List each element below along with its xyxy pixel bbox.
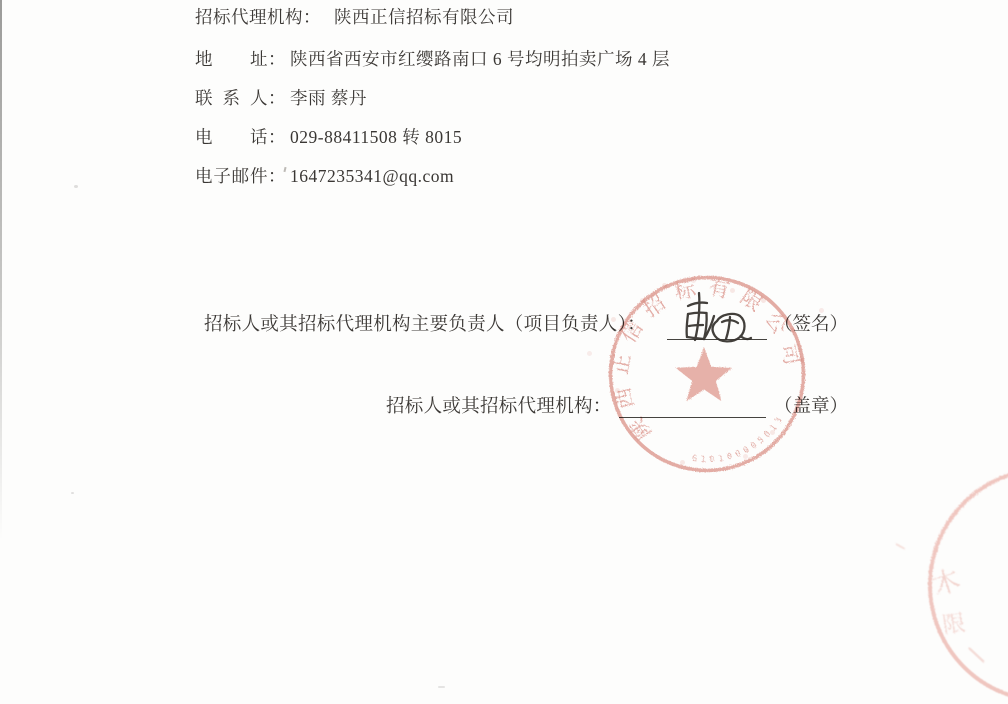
partial-seal-mark	[969, 648, 984, 662]
partial-seal-stamp: 木 限	[860, 460, 1008, 704]
scan-speck	[438, 686, 445, 688]
info-row-contact: 联系人：李雨 蔡丹	[195, 87, 367, 109]
scan-edge-artifact	[0, 0, 2, 540]
seal-code-digits: 610100005013	[691, 413, 787, 465]
label-colon: ：	[268, 88, 286, 108]
agency-line-label: 招标人或其招标代理机构：	[386, 395, 612, 419]
info-row-email: 电子邮件：1647235341@qq.com	[195, 165, 454, 187]
label-colon: ：	[268, 166, 286, 186]
info-label: 招标代理机构	[195, 6, 303, 28]
scan-speck	[74, 185, 78, 188]
handwritten-signature	[650, 280, 770, 360]
scanned-document-page: 招标代理机构：陕西正信招标有限公司 地址：陕西省西安市红缨路南口 6 号均明拍卖…	[0, 0, 1008, 704]
info-value: 陕西正信招标有限公司	[334, 7, 514, 27]
label-colon: ：	[303, 7, 321, 27]
info-row-address: 地址：陕西省西安市红缨路南口 6 号均明拍卖广场 4 层	[195, 48, 670, 70]
label-colon: ：	[268, 49, 286, 69]
info-value: 1647235341@qq.com	[290, 166, 454, 186]
partial-seal-glyph: 木	[929, 564, 964, 601]
partial-seal-mark	[896, 544, 905, 549]
stamp-ink-flecks	[0, 0, 3, 3]
info-row-agency: 招标代理机构：陕西正信招标有限公司	[195, 6, 514, 28]
info-value: 李雨 蔡丹	[290, 88, 367, 108]
scan-speck	[71, 492, 74, 494]
info-row-phone: 电话：029-88411508 转 8015	[195, 126, 462, 148]
info-value: 029-88411508 转 8015	[290, 127, 462, 147]
info-label: 地址	[195, 48, 268, 70]
svg-text:610100005013: 610100005013	[691, 413, 787, 465]
info-label: 电子邮件	[195, 165, 268, 187]
label-colon: ：	[268, 127, 286, 147]
info-label: 联系人	[195, 87, 268, 109]
info-value: 陕西省西安市红缨路南口 6 号均明拍卖广场 4 层	[290, 49, 670, 69]
info-label: 电话	[195, 126, 268, 148]
partial-seal-glyph: 限	[941, 610, 967, 638]
